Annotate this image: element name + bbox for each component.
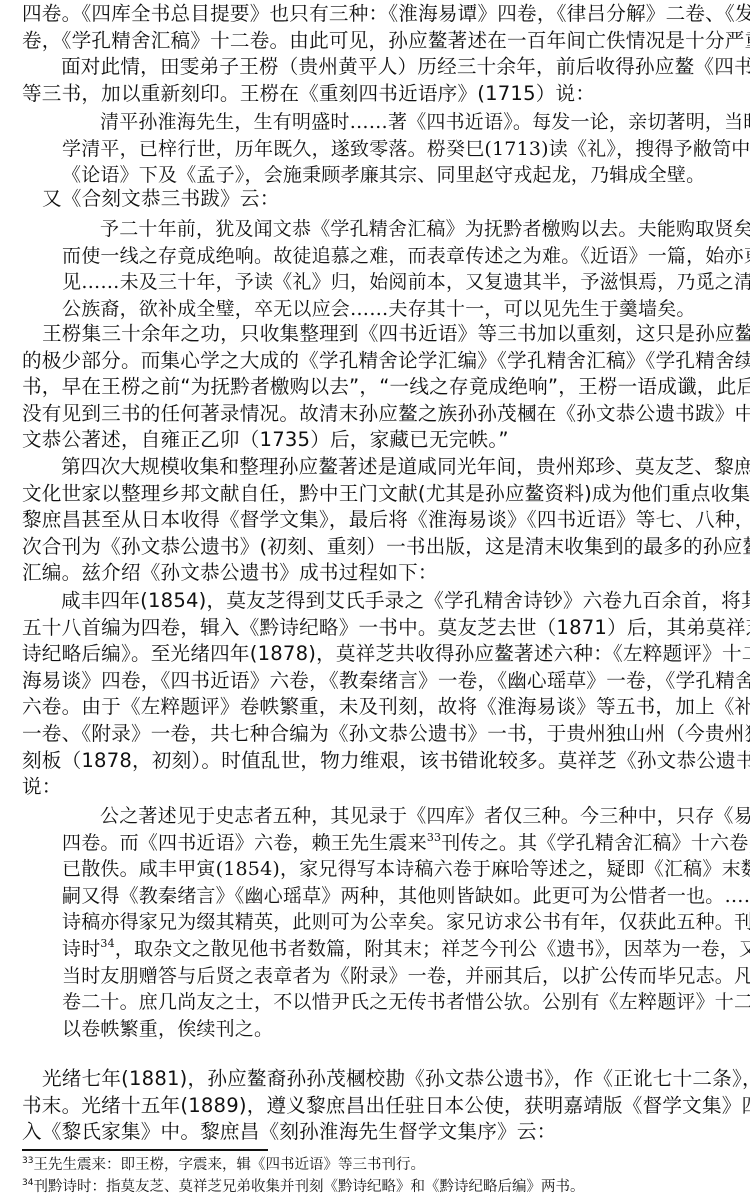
footnote-mark: 33 bbox=[22, 1156, 33, 1166]
quote-line: 卷二十。庶几尚友之士，不以惜尹氏之无传书者惜公欤。公别有《左粹题评》十二卷， bbox=[22, 989, 750, 1016]
text-line: 等三书，加以重新刻印。王梤在《重刻四书近语序》(1715）说： bbox=[22, 81, 750, 108]
quote-line: 公之著述见于史志者五种，其见录于《四库》者仅三种。今三种中，只存《易谈》 bbox=[22, 803, 750, 830]
text-line: 书，早在王梤之前“为抚黔者檄购以去”，“一线之存竟成绝响”，王梤一语成谶，此后再… bbox=[22, 374, 750, 401]
footnote-separator bbox=[22, 1149, 268, 1151]
text-line: 汇编。兹介绍《孙文恭公遗书》成书过程如下： bbox=[22, 560, 750, 587]
quote-line: 予二十年前，犹及闻文恭《学孔精舍汇稿》为抚黔者檄购以去。夫能购取贤矣， bbox=[22, 216, 750, 243]
quote-line: 而使一线之存竟成绝响。故徒追慕之难，而表章传述之为难。《近语》一篇，始亦東之 bbox=[22, 243, 750, 270]
footnote-text: 刊黔诗时：指莫友芝、莫祥芝兄弟收集并刊刻《黔诗纪略》和《黔诗纪略后编》两书。 bbox=[33, 1179, 584, 1195]
text-line: 一卷、《附录》一卷，共七种合编为《孙文恭公遗书》一书，于贵州独山州（今贵州独山县… bbox=[22, 721, 750, 748]
text-line: 诗纪略后编》。至光绪四年(1878)，莫祥芝共收得孙应鳌著述六种：《左粹题评》十… bbox=[22, 641, 750, 668]
text-line: 四卷。《四库全书总目提要》也只有三种：《淮海易谭》四卷，《律吕分解》二卷、《发明… bbox=[22, 1, 750, 28]
quote-line: 以卷帙繁重，俟续刊之。 bbox=[22, 1016, 750, 1043]
quote-line: 《论语》下及《孟子》，会施秉顾孝廉其宗、同里赵守戎起龙，乃辑成全壁。 bbox=[22, 162, 750, 189]
text-line: 刻板（1878，初刻）。时值乱世，物力维艰，该书错讹较多。莫祥芝《孙文恭公遗书叙… bbox=[22, 748, 750, 775]
quote-line: 四卷。而《四书近语》六卷，赖王先生震来33刊传之。其《学孔精舍汇稿》十六卷，久 bbox=[22, 830, 750, 857]
quote-text: 四卷。而《四书近语》六卷，赖王先生震来 bbox=[62, 832, 427, 854]
text-line: 文恭公著述，自雍正乙卯（1735）后，家藏已无完帙。” bbox=[22, 427, 750, 454]
quote-line: 公族裔，欲补成全璧，卒无以应会……夫存其十一，可以见先生于羹墙矣。 bbox=[22, 296, 750, 323]
paragraph-fourth-collection: 第四次大规模收集和整理孙应鳌著述是道咸同光年间，贵州郑珍、莫友芝、黎庶昌三大 文… bbox=[22, 454, 750, 587]
paragraph-wang-fen: 面对此情，田雯弟子王梤（贵州黄平人）历经三十余年，前后收得孙应鳌《四书近语》 等… bbox=[22, 54, 750, 107]
text-line: 六卷。由于《左粹题评》卷帙繁重，未及刊刻，故将《淮海易谈》等五书，加上《补辑杂文… bbox=[22, 694, 750, 721]
quote-text: 刊传之。其《学孔精舍汇稿》十六卷，久 bbox=[441, 832, 750, 854]
quote-line: 清平孙淮海先生，生有明盛时……著《四书近语》。每发一论，亲切著明，当时讲 bbox=[22, 109, 750, 136]
text-line: 又《合刻文恭三书跋》云： bbox=[22, 186, 280, 213]
footnote-ref-34[interactable]: 34 bbox=[100, 937, 114, 950]
text-line: 黎庶昌甚至从日本收得《督学文集》，最后将《淮海易谈》《四书近语》等七、八种，分别… bbox=[22, 507, 750, 534]
text-line: 光绪七年(1881)，孙应鳌裔孙孙茂槶校勘《孙文恭公遗书》，作《正讹七十二条》，… bbox=[22, 1066, 750, 1093]
quote-line: 学清平，已梓行世，历年既久，遂致零落。梤癸巳(1713)读《礼》，搜得予敝笥中，… bbox=[22, 136, 750, 163]
paragraph-xianfeng: 咸丰四年(1854)，莫友芝得到艾氏手录之《学孔精舍诗钞》六卷九百余首，将其中四… bbox=[22, 588, 750, 801]
footnote-33: 33王先生震来：即王梤，字震来，辑《四书近语》等三书刊行。 bbox=[22, 1154, 730, 1176]
quote-line: 见……未及三十年，予读《礼》归，始阅前本，又复遗其半，予滋惧焉，乃觅之清平 bbox=[22, 269, 750, 296]
text-line: 次合刊为《孙文恭公遗书》(初刻、重刻）一书出版，这是清末收集到的最多的孙应鳌著述 bbox=[22, 534, 750, 561]
paragraph-colophon-intro: 又《合刻文恭三书跋》云： bbox=[22, 186, 280, 213]
footnote-mark: 34 bbox=[22, 1178, 33, 1188]
quote-text: 诗时 bbox=[62, 938, 100, 960]
text-line: 卷，《学孔精舍汇稿》十二卷。由此可见，孙应鳌著述在一百年间亡佚情况是十分严重的。 bbox=[22, 28, 750, 55]
footnote-ref-33[interactable]: 33 bbox=[427, 831, 441, 844]
text-line: 的极少部分。而集心学之大成的《学孔精舍论学汇编》《学孔精舍汇稿》《学孔精舍续稿》… bbox=[22, 348, 750, 375]
text-line: 没有见到三书的任何著录情况。故清末孙应鳌之族孙孙茂槶在《孙文恭公遗书跋》中说：“… bbox=[22, 401, 750, 428]
text-line: 面对此情，田雯弟子王梤（贵州黄平人）历经三十余年，前后收得孙应鳌《四书近语》 bbox=[22, 54, 750, 81]
text-line: 王梤集三十余年之功，只收集整理到《四书近语》等三书加以重刻，这只是孙应鳌遗作 bbox=[22, 321, 750, 348]
block-quote-colophon: 予二十年前，犹及闻文恭《学孔精舍汇稿》为抚黔者檄购以去。夫能购取贤矣， 而使一线… bbox=[22, 216, 750, 322]
block-quote-xulu: 公之著述见于史志者五种，其见录于《四库》者仅三种。今三种中，只存《易谈》 四卷。… bbox=[22, 803, 750, 1042]
quote-line: 诗稿亦得家兄为缀其精英，此则可为公幸矣。家兄访求公书有年，仅获此五种。刊黔 bbox=[22, 909, 750, 936]
text-line: 海易谈》四卷，《四书近语》六卷，《教秦绪言》一卷，《幽心瑶草》一卷，《学孔精舍诗… bbox=[22, 668, 750, 695]
text-line: 咸丰四年(1854)，莫友芝得到艾氏手录之《学孔精舍诗钞》六卷九百余首，将其中四… bbox=[22, 588, 750, 615]
text-line: 入《黎氏家集》中。黎庶昌《刻孙淮海先生督学文集序》云： bbox=[22, 1119, 750, 1146]
quote-line: 诗时34，取杂文之散见他书者数篇，附其末；祥芝今刊公《遗书》，因萃为一卷，又取 bbox=[22, 936, 750, 963]
text-line: 文化世家以整理乡邦文献自任，黔中王门文献(尤其是孙应鳌资料)成为他们重点收集对象… bbox=[22, 481, 750, 508]
quote-line: 已散佚。咸丰甲寅(1854)，家兄得写本诗稿六卷于麻哈等述之，疑即《汇稿》末数卷… bbox=[22, 856, 750, 883]
block-quote-preface: 清平孙淮海先生，生有明盛时……著《四书近语》。每发一论，亲切著明，当时讲 学清平… bbox=[22, 109, 750, 189]
paragraph-continuation: 四卷。《四库全书总目提要》也只有三种：《淮海易谭》四卷，《律吕分解》二卷、《发明… bbox=[22, 1, 750, 54]
quote-line: 当时友朋赠答与后贤之表章者为《附录》一卷，并丽其后，以扩公传而毕兄志。凡为 bbox=[22, 963, 750, 990]
paragraph-guangxu: 光绪七年(1881)，孙应鳌裔孙孙茂槶校勘《孙文恭公遗书》，作《正讹七十二条》，… bbox=[22, 1066, 750, 1146]
footnote-34: 34刊黔诗时：指莫友芝、莫祥芝兄弟收集并刊刻《黔诗纪略》和《黔诗纪略后编》两书。 bbox=[22, 1176, 730, 1198]
text-line: 书末。光绪十五年(1889)，遵义黎庶昌出任驻日本公使，获明嘉靖版《督学文集》四… bbox=[22, 1093, 750, 1120]
text-line: 第四次大规模收集和整理孙应鳌著述是道咸同光年间，贵州郑珍、莫友芝、黎庶昌三大 bbox=[22, 454, 750, 481]
paragraph-three-books: 王梤集三十余年之功，只收集整理到《四书近语》等三书加以重刻，这只是孙应鳌遗作 的… bbox=[22, 321, 750, 454]
quote-text: ，取杂文之散见他书者数篇，附其末；祥芝今刊公《遗书》，因萃为一卷，又取 bbox=[115, 938, 750, 960]
footnote-text: 王先生震来：即王梤，字震来，辑《四书近语》等三书刊行。 bbox=[33, 1157, 425, 1173]
text-line: 说： bbox=[22, 774, 750, 801]
quote-line: 嗣又得《教秦绪言》《幽心瑶草》两种，其他则皆缺如。此更可为公惜者一也。……今 bbox=[22, 883, 750, 910]
footnotes: 33王先生震来：即王梤，字震来，辑《四书近语》等三书刊行。 34刊黔诗时：指莫友… bbox=[22, 1154, 730, 1198]
text-line: 五十八首编为四卷，辑入《黔诗纪略》一书中。莫友芝去世（1871）后，其弟莫祥芝编… bbox=[22, 615, 750, 642]
